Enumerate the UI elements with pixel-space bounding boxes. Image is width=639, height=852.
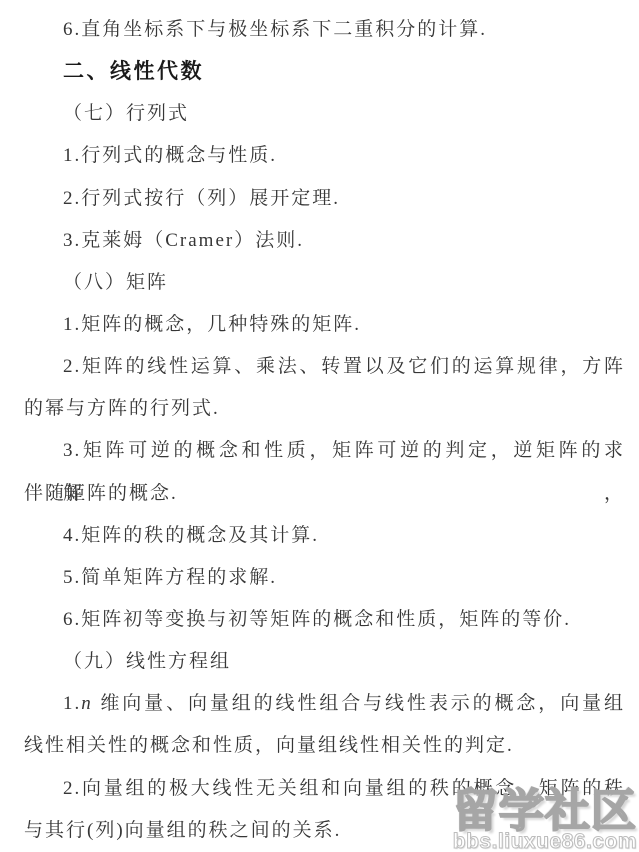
text-line: 6.直角坐标系下与极坐标系下二重积分的计算. (24, 9, 625, 51)
text-line: （七）行列式 (24, 93, 625, 135)
text-run: 1.行列式的概念与性质. (63, 145, 277, 166)
document-page: 6.直角坐标系下与极坐标系下二重积分的计算.二、线性代数（七）行列式1.行列式的… (0, 0, 639, 852)
text-line: 的幂与方阵的行列式. (24, 388, 625, 430)
text-run: 伴随矩阵的概念. (24, 483, 178, 504)
text-run: 2.向量组的极大线性无关组和向量组的秩的概念，矩阵的秩 (63, 778, 625, 799)
text-line: 2.行列式按行（列）展开定理. (24, 178, 625, 220)
text-run: 6.直角坐标系下与极坐标系下二重积分的计算. (63, 19, 487, 40)
section-heading: 二、线性代数 (24, 51, 625, 93)
text-line: 2.矩阵的线性运算、乘法、转置以及它们的运算规律，方阵 (24, 346, 625, 388)
text-run: （九）线性方程组 (63, 651, 231, 672)
text-run: 1. (63, 693, 81, 714)
text-line: 3.克莱姆（Cramer）法则. (24, 220, 625, 262)
text-run: 维向量、向量组的线性组合与线性表示的概念，向量组 (93, 693, 625, 714)
text-run: 与其行(列)向量组的秩之间的关系. (24, 820, 341, 841)
text-line: 1.矩阵的概念，几种特殊的矩阵. (24, 304, 625, 346)
text-line: 6.矩阵初等变换与初等矩阵的概念和性质，矩阵的等价. (24, 599, 625, 641)
text-line: （八）矩阵 (24, 262, 625, 304)
italic-variable: n (81, 693, 93, 714)
text-line: 1.行列式的概念与性质. (24, 135, 625, 177)
text-run: （八）矩阵 (63, 272, 168, 293)
text-line: （九）线性方程组 (24, 641, 625, 683)
text-run: 的幂与方阵的行列式. (24, 398, 220, 419)
text-line: 5.简单矩阵方程的求解. (24, 557, 625, 599)
text-run: 4.矩阵的秩的概念及其计算. (63, 525, 319, 546)
text-run: 6.矩阵初等变换与初等矩阵的概念和性质，矩阵的等价. (63, 609, 571, 630)
text-run: （七）行列式 (63, 103, 189, 124)
text-run: 2.矩阵的线性运算、乘法、转置以及它们的运算规律，方阵 (63, 356, 625, 377)
text-run: 线性相关性的概念和性质，向量组线性相关性的判定. (24, 735, 514, 756)
text-line: 2.向量组的极大线性无关组和向量组的秩的概念，矩阵的秩 (24, 768, 625, 810)
text-run: 5.简单矩阵方程的求解. (63, 567, 277, 588)
text-line: 1.n 维向量、向量组的线性组合与线性表示的概念，向量组 (24, 683, 625, 725)
text-line: 4.矩阵的秩的概念及其计算. (24, 515, 625, 557)
text-line: 3.矩阵可逆的概念和性质，矩阵可逆的判定，逆矩阵的求解， (24, 430, 625, 472)
text-line: 与其行(列)向量组的秩之间的关系. (24, 810, 625, 852)
document-body: 6.直角坐标系下与极坐标系下二重积分的计算.二、线性代数（七）行列式1.行列式的… (0, 0, 639, 852)
text-run: 2.行列式按行（列）展开定理. (63, 188, 340, 209)
text-run: 1.矩阵的概念，几种特殊的矩阵. (63, 314, 361, 335)
text-line: 线性相关性的概念和性质，向量组线性相关性的判定. (24, 725, 625, 767)
text-run: 二、线性代数 (63, 60, 204, 83)
text-run: 3.克莱姆（Cramer）法则. (63, 230, 304, 251)
